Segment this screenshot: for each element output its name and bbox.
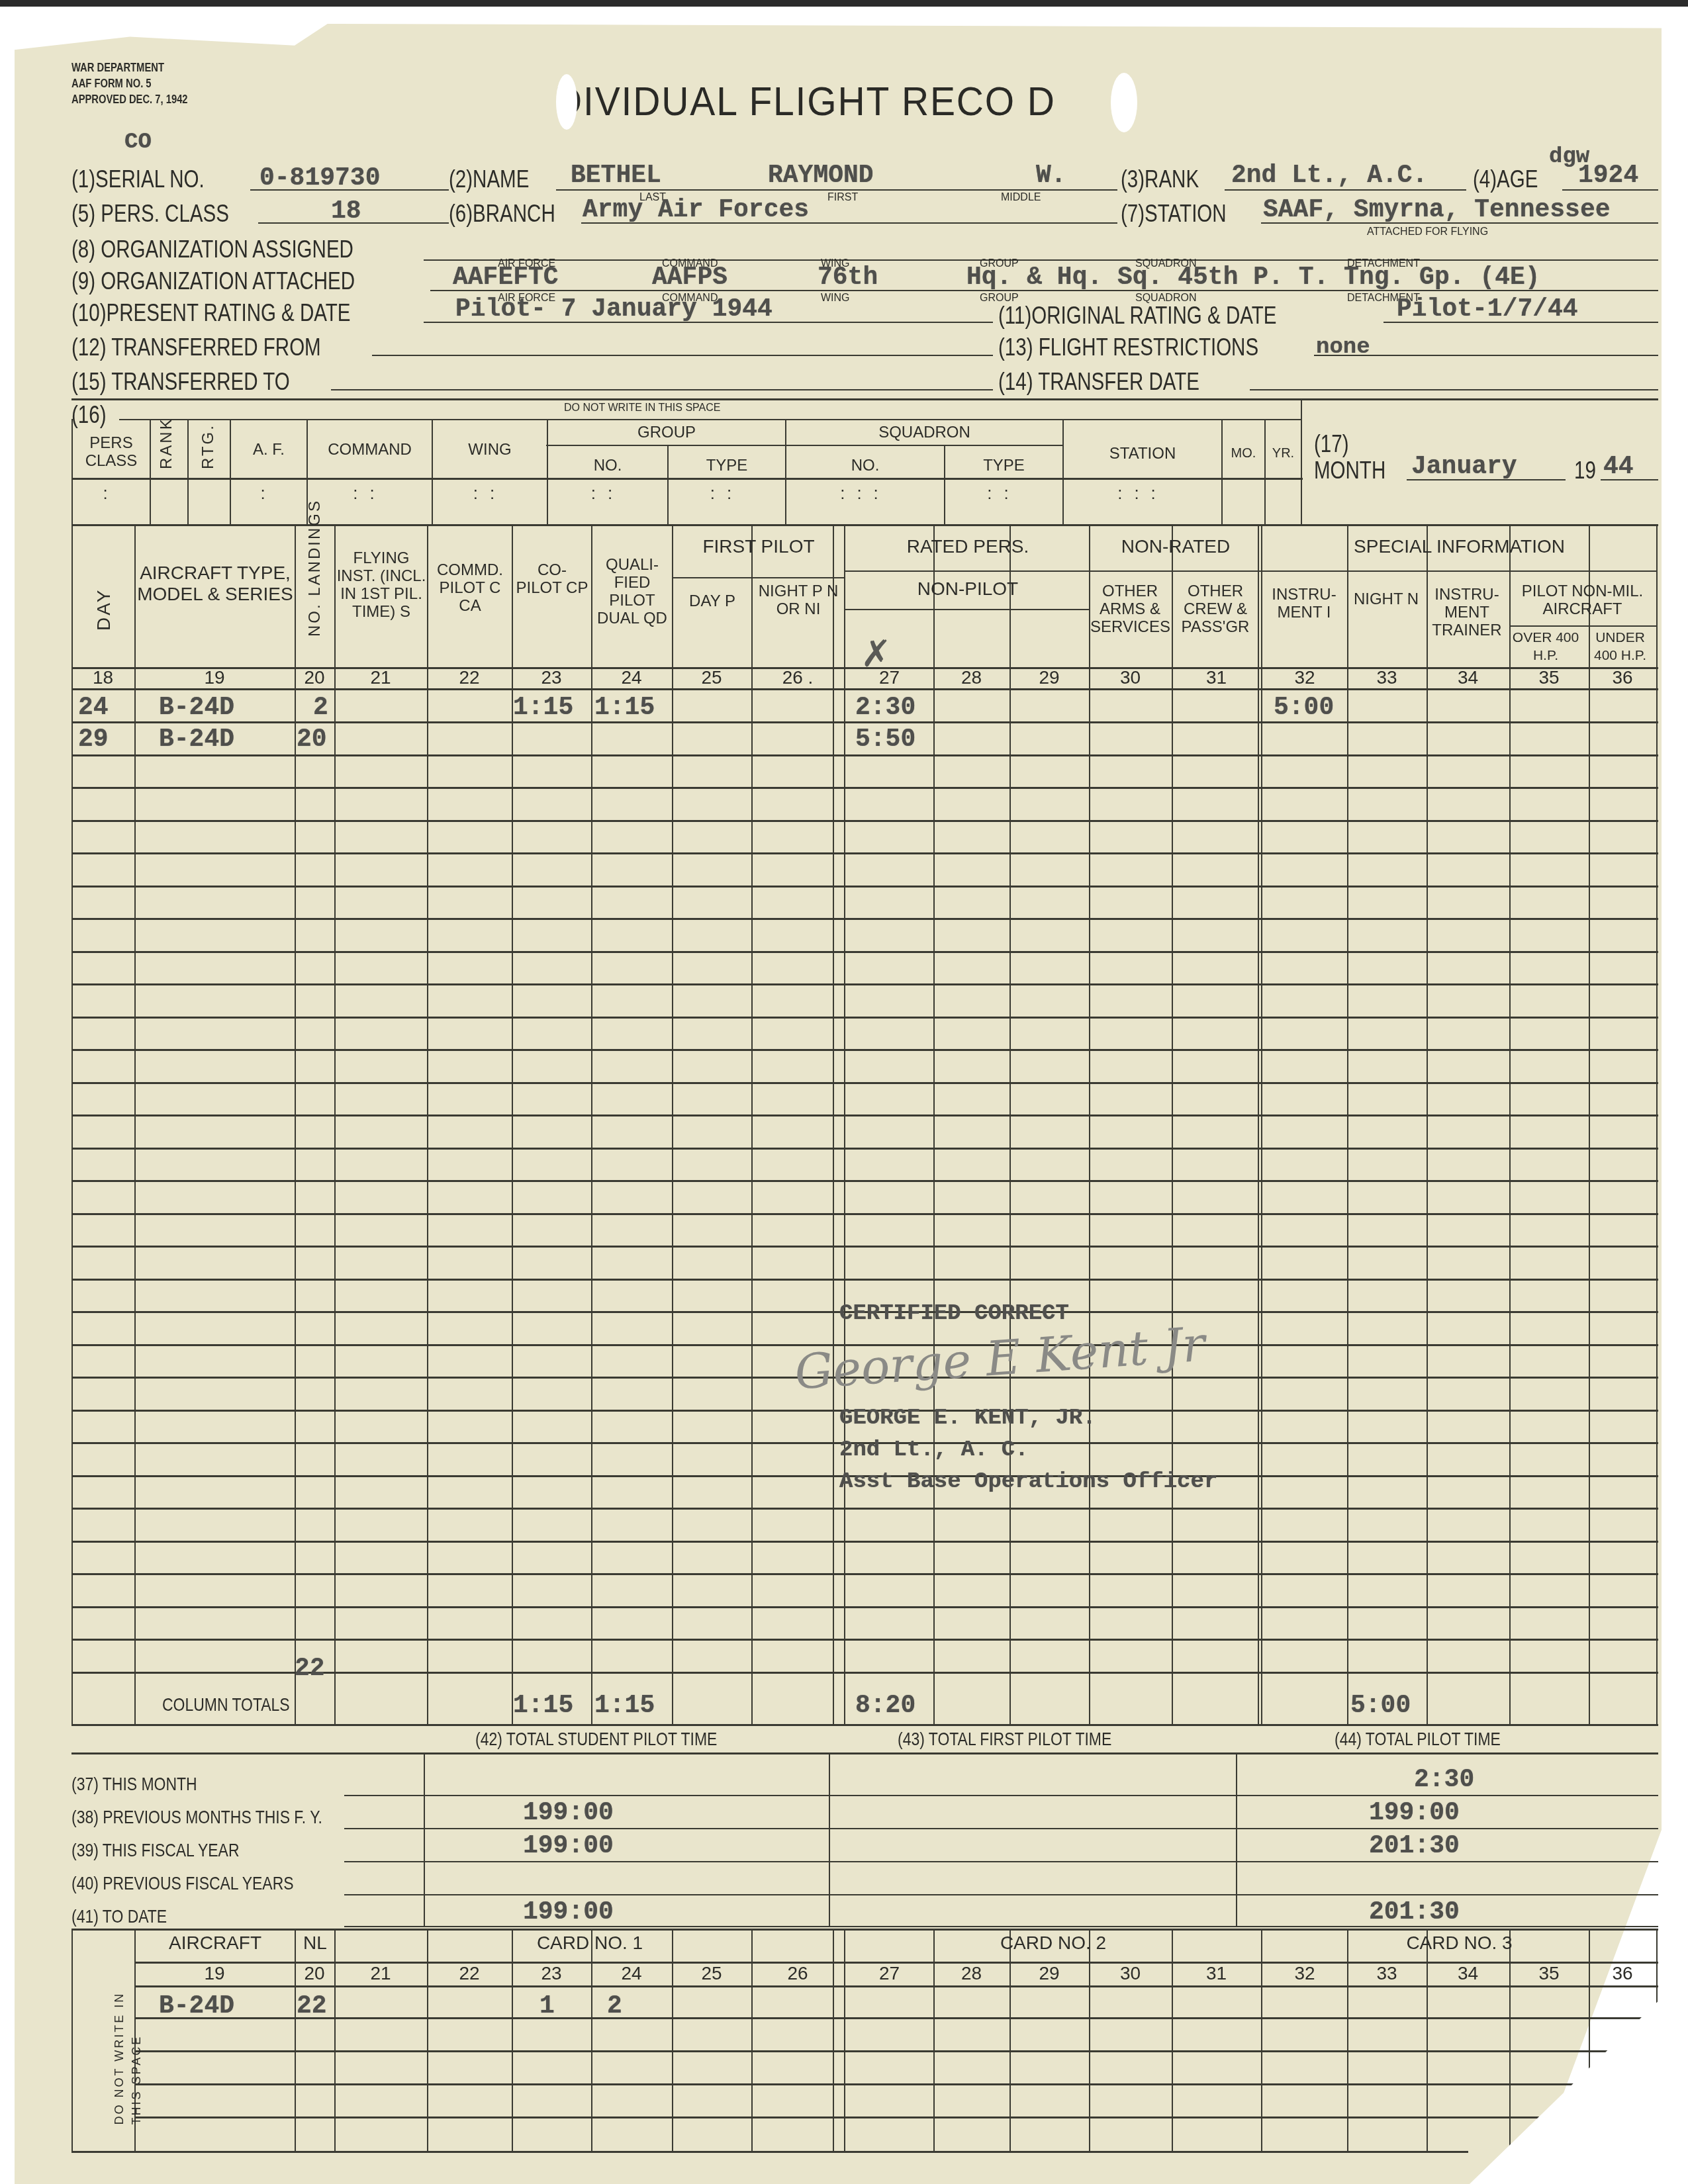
log-totals-rule	[71, 1724, 1658, 1726]
log-row-rule	[71, 754, 1658, 756]
log-vline	[334, 524, 336, 1724]
log-vline	[844, 524, 845, 1724]
station-value[interactable]: SAAF, Smyrna, Tennessee	[1263, 196, 1611, 224]
s16-squadron-type-header: TYPE	[945, 457, 1062, 475]
s16-dots: :	[231, 483, 306, 504]
flight-restrictions-label: (13) FLIGHT RESTRICTIONS	[998, 334, 1258, 361]
present-rating-label: (10)PRESENT RATING & DATE	[71, 299, 351, 327]
month-number-label: (17)	[1314, 430, 1349, 458]
rank-value[interactable]: 2nd Lt., A.C.	[1231, 161, 1427, 190]
name-label: (2)NAME	[449, 165, 529, 193]
branch-value[interactable]: Army Air Forces	[583, 196, 809, 224]
card-grid-line	[833, 1929, 834, 2151]
org-attached-air-force[interactable]: AAFEFTC	[453, 263, 559, 292]
scan-top-border	[0, 0, 1688, 7]
card-column-number: 23	[512, 1963, 591, 1984]
log-vline	[427, 524, 428, 1724]
total-co-pilot[interactable]: 1:15	[513, 1692, 573, 1720]
column-number: 31	[1172, 667, 1261, 688]
log-day-header: DAY	[93, 569, 115, 631]
log-subheader-rule	[1262, 570, 1656, 572]
s16-pers-class-header: PERS CLASS	[73, 434, 150, 470]
log-subheader-rule	[673, 577, 844, 578]
summary-this-fy-total[interactable]: 201:30	[1369, 1832, 1460, 1860]
card-grid-line	[844, 1929, 845, 2151]
s16-dots: ::	[433, 483, 547, 504]
summary-top-rule	[71, 1752, 1658, 1754]
s16-dots: :	[73, 483, 150, 504]
column-number: 33	[1347, 667, 1427, 688]
log-row-rule	[71, 1541, 1658, 1543]
log-vline	[1261, 524, 1262, 1724]
log-row-rule	[71, 1606, 1658, 1608]
cards-side-label-2: THIS SPACE	[130, 1966, 144, 2125]
month-value[interactable]: January	[1411, 453, 1517, 481]
log-vline	[751, 524, 753, 1724]
column-number: 30	[1089, 667, 1172, 688]
pers-class-value[interactable]: 18	[331, 197, 361, 226]
column-number: 29	[1009, 667, 1089, 688]
branch-label: (6)BRANCH	[449, 200, 555, 228]
log-row-rule	[71, 1180, 1658, 1182]
card-grid-line	[134, 1985, 1658, 1987]
total-instrument[interactable]: 5:00	[1350, 1692, 1411, 1720]
card-grid-line	[751, 1929, 753, 2151]
log-vline	[1009, 524, 1011, 1724]
station-label: (7)STATION	[1121, 200, 1227, 228]
column-number: 21	[334, 667, 427, 688]
card-grid-line	[1347, 1929, 1348, 2151]
s16-station-header: STATION	[1064, 445, 1221, 463]
log-non-rated-header: NON-RATED	[1090, 537, 1261, 555]
cards-nl-header: NL	[296, 1934, 334, 1952]
summary-prev-fy-label: (40) PREVIOUS FISCAL YEARS	[71, 1873, 294, 1894]
year-value[interactable]: 44	[1603, 453, 1634, 481]
log-instrument-header: INSTRU- MENT I	[1262, 586, 1346, 621]
name-middle-value[interactable]: W.	[1036, 161, 1066, 190]
s16-vline	[1062, 419, 1064, 525]
s16-vline	[1264, 419, 1266, 525]
log-row-rule	[71, 983, 1658, 985]
rating-caption-wing: WING	[821, 293, 850, 304]
s16-vline	[230, 419, 231, 525]
card-column-number: 32	[1262, 1963, 1347, 1984]
org-attached-label: (9) ORGANIZATION ATTACHED	[71, 267, 355, 295]
summary-vline	[1236, 1752, 1237, 1926]
log-row-rule	[71, 1508, 1658, 1510]
do-not-write-note: DO NOT WRITE IN THIS SPACE	[564, 402, 720, 414]
summary-to-date-total[interactable]: 201:30	[1369, 1898, 1460, 1927]
card-column-number: 35	[1509, 1963, 1589, 1984]
card-column-number: 21	[334, 1963, 427, 1984]
card-grid-line	[1089, 1929, 1090, 2151]
s16-wing-header: WING	[433, 441, 547, 459]
transferred-from-label: (12) TRANSFERRED FROM	[71, 334, 321, 361]
card-grid-line	[71, 1929, 73, 2151]
age-value[interactable]: 1924	[1578, 161, 1638, 190]
s16-vline	[1301, 398, 1302, 524]
summary-to-date-label: (41) TO DATE	[71, 1906, 167, 1927]
card-grid-line	[1509, 1929, 1511, 2151]
s16-dots: :::	[1064, 483, 1221, 504]
org-attached-group-squadron[interactable]: Hq. & Hq. Sq. 45th P. T. Tng. Gp. (4E)	[966, 263, 1540, 292]
log-first-pilot-header: FIRST PILOT	[673, 537, 844, 555]
form-origin-line-2: AAF FORM NO. 5	[71, 77, 152, 91]
summary-prev-months-total[interactable]: 199:00	[1369, 1799, 1460, 1827]
original-rating-label: (11)ORIGINAL RATING & DATE	[998, 302, 1276, 330]
transferred-to-label: (15) TRANSFERRED TO	[71, 368, 290, 396]
log-row-rule	[71, 1049, 1658, 1051]
log-special-info-header: SPECIAL INFORMATION	[1262, 537, 1656, 555]
log-subheader-rule	[1509, 625, 1656, 627]
card-column-number: 36	[1589, 1963, 1656, 1984]
cards-card1-header: CARD NO. 1	[336, 1934, 844, 1952]
row1-day[interactable]: 24	[78, 694, 109, 722]
card-grid-line	[71, 2151, 1468, 2153]
stamp-co: CO	[124, 130, 152, 155]
certifier-name: GEORGE E. KENT, JR.	[839, 1406, 1096, 1431]
summary-this-month-total[interactable]: 2:30	[1414, 1766, 1474, 1794]
cards-card2-header: CARD NO. 2	[845, 1934, 1261, 1952]
log-vline	[933, 524, 935, 1724]
column-number: 28	[933, 667, 1009, 688]
s16-dots: ::	[308, 483, 432, 504]
row1-instrument[interactable]: 5:00	[1274, 694, 1334, 722]
summary-vline	[424, 1752, 425, 1926]
s16-yr-header: YR.	[1266, 445, 1301, 463]
name-first-caption: FIRST	[827, 192, 858, 204]
log-landings-header: NO. LANDINGS	[306, 560, 324, 637]
log-vline	[833, 524, 834, 1724]
log-rated-pers-header: RATED PERS.	[845, 537, 1090, 555]
org-attached-wing[interactable]: 76th	[818, 263, 878, 292]
log-commd-pilot-header: COMMD. PILOT C CA	[428, 561, 512, 615]
summary-row-rule	[344, 1894, 1658, 1895]
log-row-rule	[71, 1017, 1658, 1019]
log-vline	[134, 524, 136, 1724]
log-row-rule	[71, 1148, 1658, 1150]
certifier-title: Asst Base Operations Officer	[839, 1469, 1217, 1494]
name-last-value[interactable]: BETHEL	[571, 161, 661, 190]
s16-dots: ::	[669, 483, 785, 504]
column-totals-label: COLUMN TOTALS	[162, 1694, 290, 1715]
page-title: DIVIDUAL FLIGHT RECO D	[555, 78, 1056, 125]
original-rating-value[interactable]: Pilot-1/7/44	[1397, 295, 1578, 324]
column-number: 25	[672, 667, 751, 688]
card-grid-line	[933, 1929, 935, 2151]
column-number: 26 .	[751, 667, 844, 688]
s16-dots: ::	[945, 483, 1062, 504]
s16-vline	[150, 419, 151, 525]
card-column-number: 29	[1009, 1963, 1089, 1984]
log-row-rule	[71, 852, 1658, 854]
log-row-rule	[71, 787, 1658, 789]
card-column-number: 25	[672, 1963, 751, 1984]
punch-hole-left	[556, 74, 577, 130]
log-row-rule	[71, 918, 1658, 920]
log-vline	[1427, 524, 1428, 1724]
card-column-number: 22	[427, 1963, 512, 1984]
cards-side-label-1: DO NOT WRITE IN	[113, 1966, 126, 2125]
summary-prev-months-label: (38) PREVIOUS MONTHS THIS F. Y.	[71, 1807, 322, 1828]
section16-subheader-rule	[546, 445, 1062, 446]
log-co-pilot-header: CO- PILOT CP	[513, 561, 591, 597]
summary-row-rule	[344, 1861, 1658, 1862]
column-number: 20	[295, 667, 334, 688]
card-grid-line	[134, 2116, 1658, 2118]
log-under-400-header: UNDER 400 H.P.	[1584, 629, 1656, 664]
summary-vline	[829, 1752, 830, 1926]
log-row-rule	[71, 886, 1658, 887]
summary-this-fy-label: (39) THIS FISCAL YEAR	[71, 1840, 239, 1861]
s16-dots: ::	[548, 483, 667, 504]
column-number: 34	[1427, 667, 1509, 688]
card-grid-line	[295, 1929, 296, 2151]
log-flying-inst-header: FLYING INST. (INCL. IN 1ST PIL. TIME) S	[336, 549, 427, 621]
log-vline	[1589, 524, 1590, 1724]
landings-total[interactable]: 22	[295, 1655, 325, 1683]
column-number: 32	[1262, 667, 1347, 688]
card-column-number: 30	[1089, 1963, 1172, 1984]
card-grid-line	[512, 1929, 513, 2151]
serial-label: (1)SERIAL NO.	[71, 165, 205, 193]
card-grid-line	[134, 2050, 1658, 2052]
log-night-header: NIGHT N	[1347, 590, 1425, 608]
total-col27[interactable]: 8:20	[855, 1692, 915, 1720]
column-number: 27	[845, 667, 933, 688]
card-grid-line	[134, 2083, 1658, 2085]
row1-qualified[interactable]: 1:15	[594, 694, 655, 722]
row2-aircraft[interactable]: B-24D	[159, 725, 234, 754]
log-row-rule	[71, 1573, 1658, 1575]
card-grid-line	[1172, 1929, 1173, 2151]
transferred-from-underline	[372, 355, 993, 356]
month-label: MONTH	[1314, 457, 1385, 484]
card-grid-line	[591, 1929, 592, 2151]
cards-c23-value[interactable]: 1	[539, 1992, 555, 2021]
log-pilot-non-mil-header: PILOT NON-MIL. AIRCRAFT	[1509, 582, 1656, 618]
card-grid-line	[334, 1929, 336, 2151]
s16-vline	[1221, 419, 1223, 525]
summary-col43-header: (43) TOTAL FIRST PILOT TIME	[898, 1729, 1111, 1750]
s16-mo-header: MO.	[1223, 445, 1264, 463]
log-number-rule	[71, 688, 1658, 690]
column-number: 22	[427, 667, 512, 688]
log-subheader-rule	[845, 609, 1090, 610]
section16-top-rule	[71, 398, 1658, 400]
year-prefix: 19	[1574, 457, 1596, 484]
row1-col27[interactable]: 2:30	[855, 694, 915, 722]
org-attached-command[interactable]: AAFPS	[652, 263, 727, 292]
row1-landings[interactable]: 2	[313, 694, 328, 722]
s16-af-header: A. F.	[231, 441, 306, 459]
row1-co-pilot[interactable]: 1:15	[513, 694, 573, 722]
log-vline	[295, 524, 296, 1724]
row2-day[interactable]: 29	[78, 725, 109, 754]
age-label: (4)AGE	[1473, 165, 1538, 193]
log-vline	[1172, 524, 1173, 1724]
column-number: 35	[1509, 667, 1589, 688]
log-over-400-header: OVER 400 H.P.	[1509, 629, 1583, 664]
column-number: 18	[71, 667, 134, 688]
cards-c24-value[interactable]: 2	[607, 1992, 622, 2021]
org-assigned-label: (8) ORGANIZATION ASSIGNED	[71, 236, 353, 263]
log-non-pilot-header: NON-PILOT	[845, 580, 1090, 598]
log-fp-night-header: NIGHT P N OR NI	[753, 582, 844, 618]
card-column-number: 20	[295, 1963, 334, 1984]
section16-mid-rule	[71, 478, 1303, 480]
column-number: 23	[512, 667, 591, 688]
certified-correct: CERTIFIED CORRECT	[839, 1301, 1069, 1326]
summary-this-fy-student[interactable]: 199:00	[523, 1832, 614, 1860]
card-column-number: 27	[845, 1963, 933, 1984]
card-grid-line	[672, 1929, 673, 2151]
name-middle-caption: MIDDLE	[1001, 192, 1041, 204]
total-qualified[interactable]: 1:15	[594, 1692, 655, 1720]
s16-vline	[187, 419, 189, 525]
name-first-value[interactable]: RAYMOND	[768, 161, 874, 190]
log-row-rule	[71, 1246, 1658, 1248]
serial-value[interactable]: 0-819730	[259, 164, 380, 193]
cards-nl-value[interactable]: 22	[297, 1992, 327, 2021]
summary-to-date-student[interactable]: 199:00	[523, 1898, 614, 1927]
card-grid-line	[1427, 1929, 1428, 2151]
form-origin-line-3: APPROVED DEC. 7, 1942	[71, 93, 188, 107]
transfer-date-underline	[1250, 389, 1658, 390]
s16-vline	[432, 419, 433, 525]
log-vline	[672, 524, 673, 1724]
log-qualified-header: QUALI- FIED PILOT DUAL QD	[592, 556, 672, 627]
card-column-number: 19	[134, 1963, 295, 1984]
section16-label: (16)	[71, 401, 107, 429]
log-inst-trainer-header: INSTRU- MENT TRAINER	[1427, 586, 1507, 639]
column-number: 36	[1589, 667, 1656, 688]
card-column-number: 26	[751, 1963, 844, 1984]
card-column-number: 31	[1172, 1963, 1261, 1984]
transferred-to-underline	[331, 389, 993, 390]
log-fp-day-header: DAY P	[673, 592, 751, 610]
card-column-number: 34	[1427, 1963, 1509, 1984]
certifier-rank: 2nd Lt., A. C.	[839, 1437, 1029, 1463]
log-other-arms-header: OTHER ARMS & SERVICES	[1090, 582, 1170, 636]
present-rating-value[interactable]: Pilot- 7 January 1944	[455, 295, 773, 324]
log-vline	[591, 524, 592, 1724]
s16-squadron-no-header: NO.	[786, 457, 944, 475]
flight-restrictions-value[interactable]: none	[1316, 335, 1370, 360]
log-other-crew-header: OTHER CREW & PASS'GR	[1171, 582, 1260, 636]
column-number: 24	[591, 667, 672, 688]
log-row-rule	[71, 1639, 1658, 1641]
card-column-number: 33	[1347, 1963, 1427, 1984]
card-grid-line	[427, 1929, 428, 2151]
row1-aircraft[interactable]: B-24D	[159, 694, 234, 722]
station-caption: ATTACHED FOR FLYING	[1367, 226, 1488, 238]
log-vline	[71, 524, 73, 1724]
summary-col44-header: (44) TOTAL PILOT TIME	[1335, 1729, 1501, 1750]
column-number: 19	[134, 667, 295, 688]
card-grid-line	[1009, 1929, 1011, 2151]
log-row-rule	[71, 1082, 1658, 1084]
punch-hole-right	[1111, 73, 1137, 132]
s16-group-header: GROUP	[548, 424, 785, 441]
summary-row-rule	[344, 1795, 1658, 1796]
s16-rank-header: RANK	[158, 430, 176, 469]
s16-group-no-header: NO.	[548, 457, 667, 475]
row2-col27[interactable]: 5:50	[855, 725, 915, 754]
log-row-rule	[71, 951, 1658, 953]
rank-label: (3)RANK	[1121, 165, 1199, 193]
log-row-rule	[71, 820, 1658, 822]
cards-card3-header: CARD NO. 3	[1262, 1934, 1656, 1952]
card-column-number: 28	[933, 1963, 1009, 1984]
log-aircraft-header: AIRCRAFT TYPE, MODEL & SERIES	[136, 563, 295, 605]
card-column-number: 24	[591, 1963, 672, 1984]
summary-row-rule	[344, 1828, 1658, 1829]
s16-group-type-header: TYPE	[669, 457, 785, 475]
cards-aircraft-value[interactable]: B-24D	[159, 1992, 234, 2021]
card-grid-line	[134, 2017, 1658, 2019]
transfer-date-label: (14) TRANSFER DATE	[998, 368, 1199, 396]
summary-col42-header: (42) TOTAL STUDENT PILOT TIME	[475, 1729, 717, 1750]
card-grid-line	[71, 1929, 1658, 1931]
form-origin-line-1: WAR DEPARTMENT	[71, 61, 164, 75]
log-vline	[1089, 524, 1090, 1724]
s16-squadron-header: SQUADRON	[786, 424, 1062, 441]
row2-landings[interactable]: 20	[297, 725, 327, 754]
log-vline	[1656, 524, 1658, 1724]
pers-class-label: (5) PERS. CLASS	[71, 200, 229, 228]
log-row-rule	[71, 1213, 1658, 1215]
s16-dots: :::	[786, 483, 944, 504]
log-row-rule	[71, 1279, 1658, 1281]
log-vline	[1347, 524, 1348, 1724]
log-vline	[1509, 524, 1511, 1724]
log-row-rule	[71, 1115, 1658, 1116]
card-grid-line	[1261, 1929, 1262, 2151]
s16-command-header: COMMAND	[308, 441, 432, 459]
org-assigned-underline	[424, 259, 1658, 261]
cards-aircraft-header: AIRCRAFT	[136, 1934, 295, 1952]
log-vline	[1258, 524, 1259, 1724]
summary-this-month-label: (37) THIS MONTH	[71, 1774, 197, 1795]
s16-rtg-header: RTG.	[199, 430, 218, 469]
summary-prev-months-student[interactable]: 199:00	[523, 1799, 614, 1827]
section16-header-rule	[119, 419, 1301, 420]
